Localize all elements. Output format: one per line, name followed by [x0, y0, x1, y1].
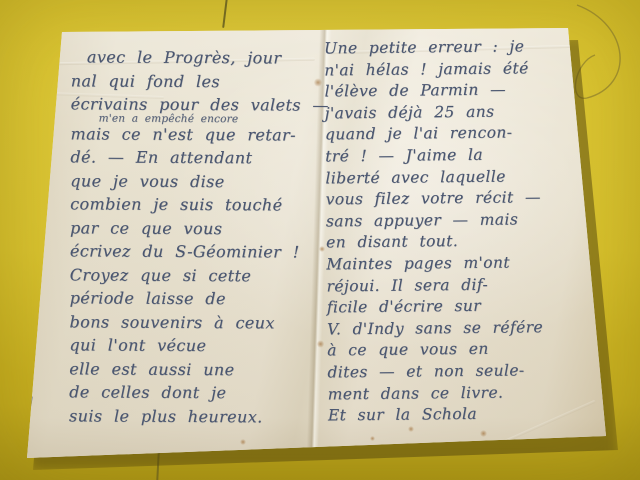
handwriting-line: m'en a empêché encore [71, 113, 323, 124]
handwriting-line: qui l'ont vécue [69, 333, 321, 358]
handwriting-line: que je vous dise [70, 169, 322, 194]
handwriting-line: par ce que vous [70, 216, 322, 241]
handwriting-line: Croyez que si cette [70, 263, 322, 288]
fox-spot [408, 426, 414, 432]
handwriting-line: Une petite erreur : je [324, 36, 598, 60]
handwriting-line: en disant tout. [326, 230, 600, 254]
handwriting-line: de celles dont je [69, 380, 321, 405]
handwriting-line: Maintes pages m'ont [326, 252, 600, 276]
handwriting-line: l'élève de Parmin — [324, 79, 598, 103]
handwriting-line: ment dans ce livre. [328, 381, 602, 405]
letter-paper: avec le Progrès, journal qui fond lesécr… [20, 24, 612, 461]
handwriting-line: écrivez du S-Géominier ! [70, 239, 322, 264]
handwriting-line: liberté avec laquelle [325, 165, 599, 189]
handwriting-line: quand je l'ai rencon- [325, 122, 599, 146]
stray-ink-mark [28, 396, 33, 407]
surface-crack-top [222, 0, 228, 28]
fox-spot [480, 430, 487, 437]
handwriting-line: réjoui. Il sera dif- [326, 273, 600, 297]
handwriting-line: dé. — En attendant [70, 145, 322, 170]
handwriting-line: Et sur la Schola [328, 403, 602, 427]
fox-spot [240, 439, 246, 445]
handwriting-line: suis le plus heureux. [69, 404, 321, 429]
fox-spot [370, 436, 375, 441]
handwriting-line: V. d'Indy sans se référe [327, 316, 601, 340]
handwriting-line: nal qui fond les [71, 69, 323, 94]
handwriting-line: ficile d'écrire sur [327, 295, 601, 319]
handwriting-line: période laisse de [70, 286, 322, 311]
handwriting-line: combien je suis touché [70, 192, 322, 217]
handwriting-line: à ce que vous en [327, 338, 601, 362]
handwriting-line: sans appuyer — mais [326, 208, 600, 232]
handwriting-line: tré ! — J'aime la [325, 144, 599, 168]
photo-background: avec le Progrès, journal qui fond lesécr… [0, 0, 640, 480]
handwriting-line: mais ce n'est que retar- [70, 122, 322, 147]
handwriting-line: elle est aussi une [69, 357, 321, 382]
handwriting-line: j'avais déjà 25 ans [325, 100, 599, 124]
handwriting-line: n'ai hélas ! jamais été [324, 57, 598, 81]
left-page-lines: avec le Progrès, journal qui fond lesécr… [69, 45, 323, 428]
right-page-lines: Une petite erreur : jen'ai hélas ! jamai… [324, 36, 602, 428]
handwriting-line: avec le Progrès, jour [71, 45, 323, 70]
handwriting-line: dites — et non seule- [327, 359, 601, 383]
handwriting-line: vous filez votre récit — [326, 187, 600, 211]
handwriting-line: bons souvenirs à ceux [69, 310, 321, 335]
